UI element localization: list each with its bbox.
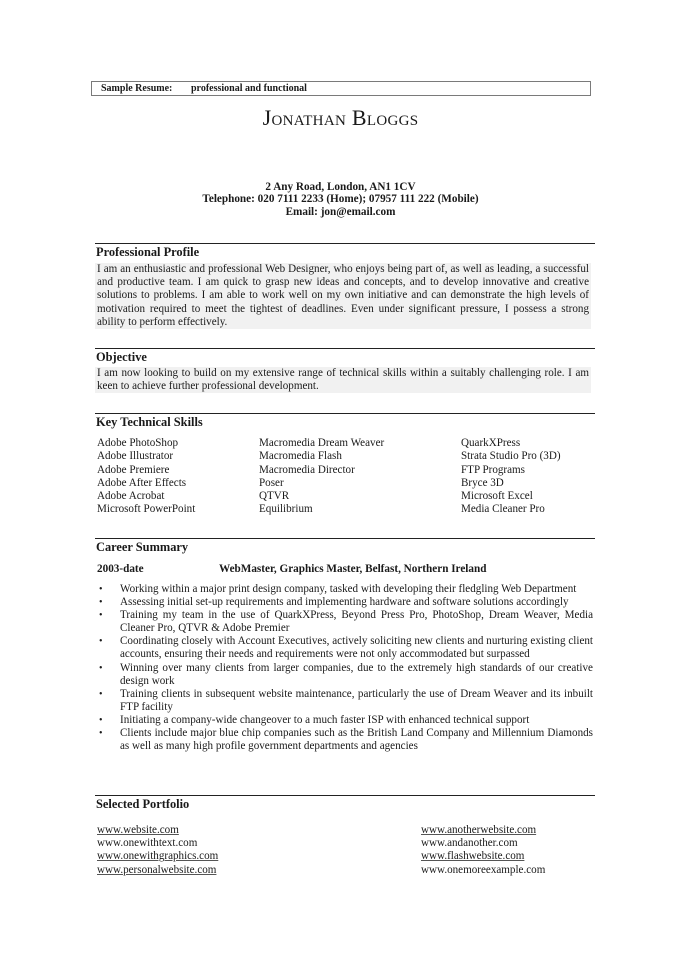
telephone: Telephone: 020 7111 2233 (Home); 07957 1… xyxy=(0,193,681,205)
portfolio-column-left: www.website.comwww.onewithtext.comwww.on… xyxy=(97,824,218,877)
job-date: 2003-date xyxy=(97,563,144,575)
job-title: WebMaster, Graphics Master, Belfast, Nor… xyxy=(219,563,486,575)
portfolio-link[interactable]: www.anotherwebsite.com xyxy=(421,824,545,837)
skill-item: QuarkXPress xyxy=(461,437,561,450)
bullet-icon: • xyxy=(99,583,103,596)
skill-item: Adobe After Effects xyxy=(97,477,195,490)
profile-heading: Professional Profile xyxy=(96,245,199,260)
bullet-text: Training my team in the use of QuarkXPre… xyxy=(120,609,593,634)
portfolio-link[interactable]: www.flashwebsite.com xyxy=(421,850,545,863)
job-bullet: •Working within a major print design com… xyxy=(97,583,593,596)
skill-item: Macromedia Dream Weaver xyxy=(259,437,384,450)
bullet-text: Training clients in subsequent website m… xyxy=(120,688,593,713)
candidate-name: Jonathan Bloggs xyxy=(0,105,681,131)
objective-text: I am now looking to build on my extensiv… xyxy=(95,367,591,393)
bullet-icon: • xyxy=(99,635,103,648)
bullet-icon: • xyxy=(99,714,103,727)
skill-item: Macromedia Flash xyxy=(259,450,384,463)
job-bullets: •Working within a major print design com… xyxy=(97,583,593,753)
section-divider xyxy=(95,538,595,539)
section-divider xyxy=(95,243,595,244)
portfolio-link[interactable]: www.website.com xyxy=(97,824,218,837)
job-bullet: •Training clients in subsequent website … xyxy=(97,688,593,714)
bullet-text: Clients include major blue chip companie… xyxy=(120,727,593,752)
bullet-icon: • xyxy=(99,727,103,740)
bullet-text: Initiating a company-wide changeover to … xyxy=(120,714,529,726)
resume-page: Sample Resume: professional and function… xyxy=(0,0,681,963)
bullet-icon: • xyxy=(99,688,103,701)
sample-banner: Sample Resume: professional and function… xyxy=(91,81,591,96)
bullet-icon: • xyxy=(99,596,103,609)
job-bullet: •Clients include major blue chip compani… xyxy=(97,727,593,753)
skills-heading: Key Technical Skills xyxy=(96,415,203,430)
skill-item: Poser xyxy=(259,477,384,490)
bullet-text: Assessing initial set-up requirements an… xyxy=(120,596,569,608)
portfolio-link[interactable]: www.onewithgraphics.com xyxy=(97,850,218,863)
skills-column: Macromedia Dream WeaverMacromedia FlashM… xyxy=(259,437,384,517)
skills-column: Adobe PhotoShopAdobe IllustratorAdobe Pr… xyxy=(97,437,195,517)
skill-item: Equilibrium xyxy=(259,503,384,516)
portfolio-link[interactable]: www.andanother.com xyxy=(421,837,545,850)
skill-item: Adobe Premiere xyxy=(97,464,195,477)
job-bullet: •Coordinating closely with Account Execu… xyxy=(97,635,593,661)
contact-block: 2 Any Road, London, AN1 1CV Telephone: 0… xyxy=(0,181,681,218)
address: 2 Any Road, London, AN1 1CV xyxy=(0,181,681,193)
profile-text: I am an enthusiastic and professional We… xyxy=(95,263,591,329)
portfolio-link[interactable]: www.onemoreexample.com xyxy=(421,864,545,877)
skills-column: QuarkXPressStrata Studio Pro (3D)FTP Pro… xyxy=(461,437,561,517)
section-divider xyxy=(95,348,595,349)
section-divider xyxy=(95,413,595,414)
job-bullet: •Training my team in the use of QuarkXPr… xyxy=(97,609,593,635)
skill-item: Microsoft PowerPoint xyxy=(97,503,195,516)
email: Email: jon@email.com xyxy=(0,206,681,218)
skill-item: Microsoft Excel xyxy=(461,490,561,503)
section-divider xyxy=(95,795,595,796)
skill-item: Adobe Acrobat xyxy=(97,490,195,503)
career-heading: Career Summary xyxy=(96,540,188,555)
skill-item: Adobe Illustrator xyxy=(97,450,195,463)
objective-heading: Objective xyxy=(96,350,147,365)
banner-value: professional and functional xyxy=(191,82,307,95)
skill-item: Media Cleaner Pro xyxy=(461,503,561,516)
bullet-text: Working within a major print design comp… xyxy=(120,583,576,595)
portfolio-column-right: www.anotherwebsite.comwww.andanother.com… xyxy=(421,824,545,877)
skill-item: FTP Programs xyxy=(461,464,561,477)
skill-item: Bryce 3D xyxy=(461,477,561,490)
skill-item: QTVR xyxy=(259,490,384,503)
banner-label: Sample Resume: xyxy=(101,82,172,95)
bullet-icon: • xyxy=(99,609,103,622)
job-bullet: •Winning over many clients from larger c… xyxy=(97,662,593,688)
skill-item: Adobe PhotoShop xyxy=(97,437,195,450)
job-bullet: •Assessing initial set-up requirements a… xyxy=(97,596,593,609)
skill-item: Strata Studio Pro (3D) xyxy=(461,450,561,463)
portfolio-link[interactable]: www.personalwebsite.com xyxy=(97,864,218,877)
bullet-text: Winning over many clients from larger co… xyxy=(120,662,593,687)
bullet-icon: • xyxy=(99,662,103,675)
bullet-text: Coordinating closely with Account Execut… xyxy=(120,635,593,660)
skill-item: Macromedia Director xyxy=(259,464,384,477)
portfolio-heading: Selected Portfolio xyxy=(96,797,189,812)
portfolio-link[interactable]: www.onewithtext.com xyxy=(97,837,218,850)
job-bullet: •Initiating a company-wide changeover to… xyxy=(97,714,593,727)
